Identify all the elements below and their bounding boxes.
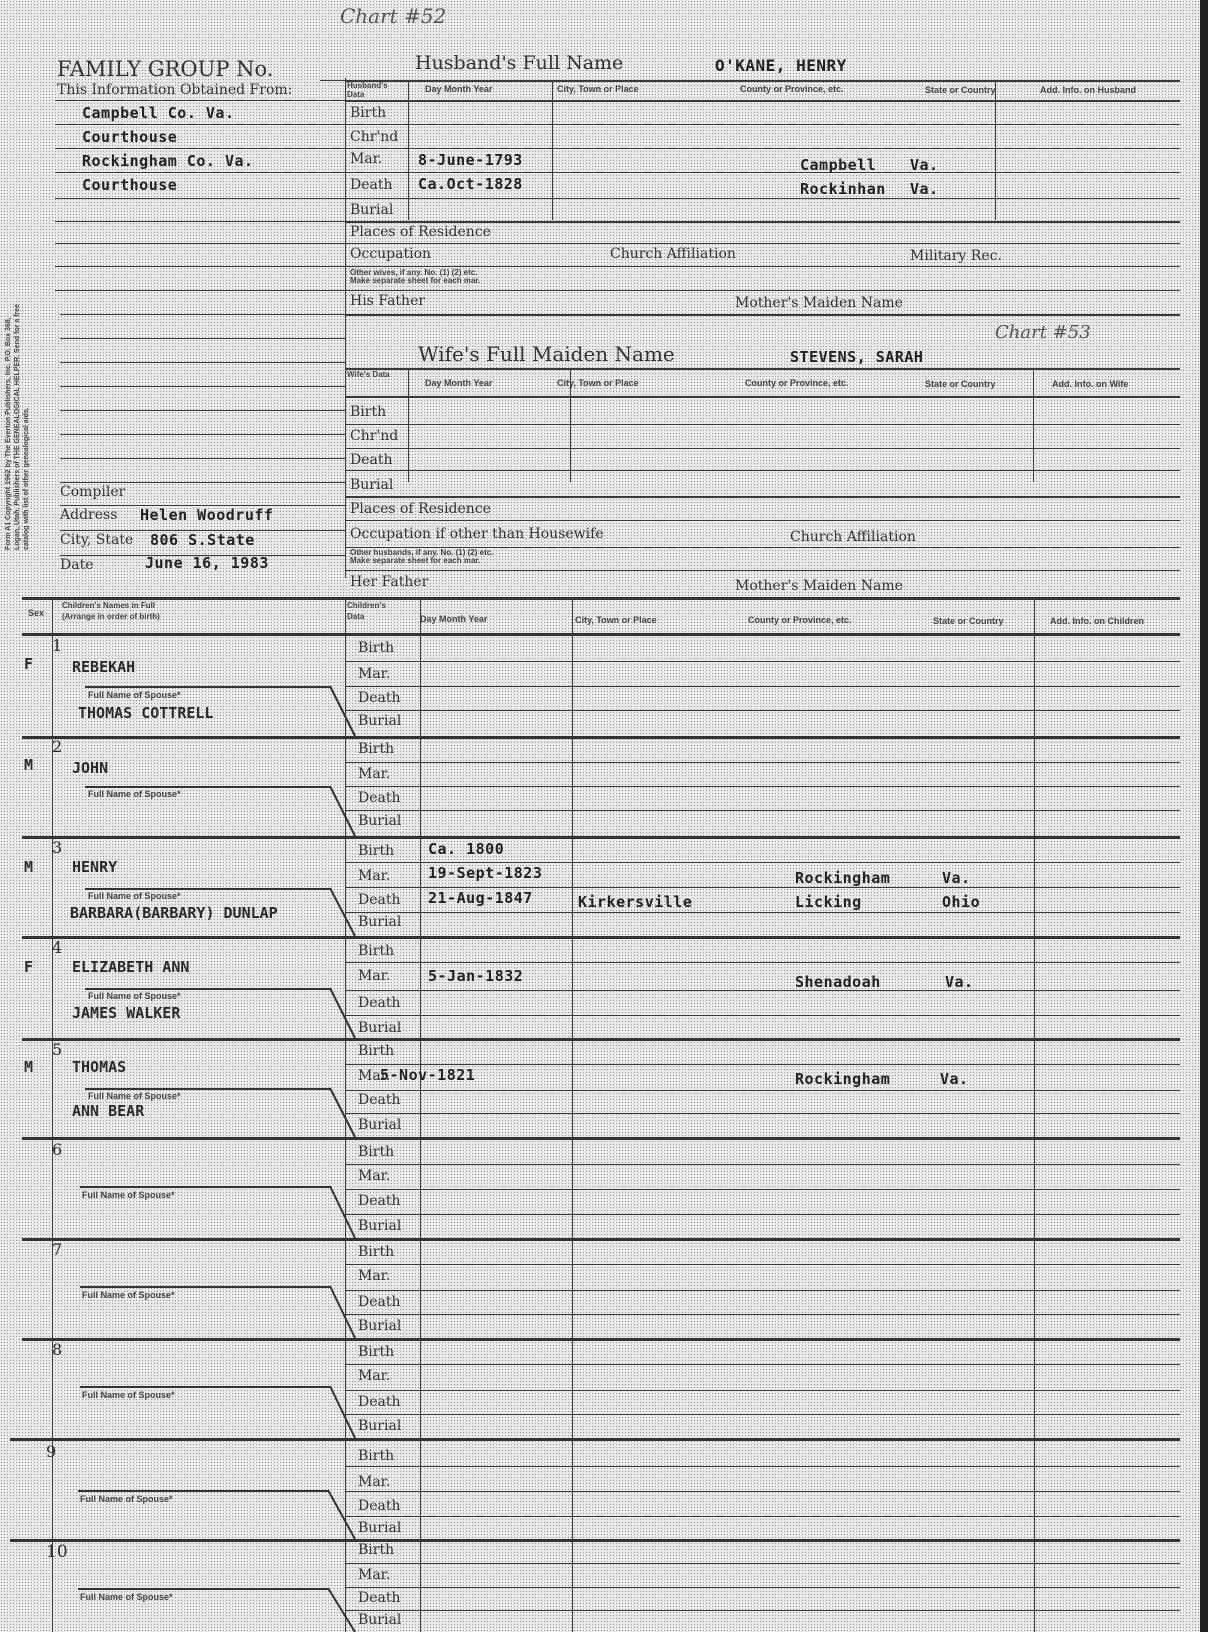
spouse-tab-diagonals [0, 0, 1208, 1632]
